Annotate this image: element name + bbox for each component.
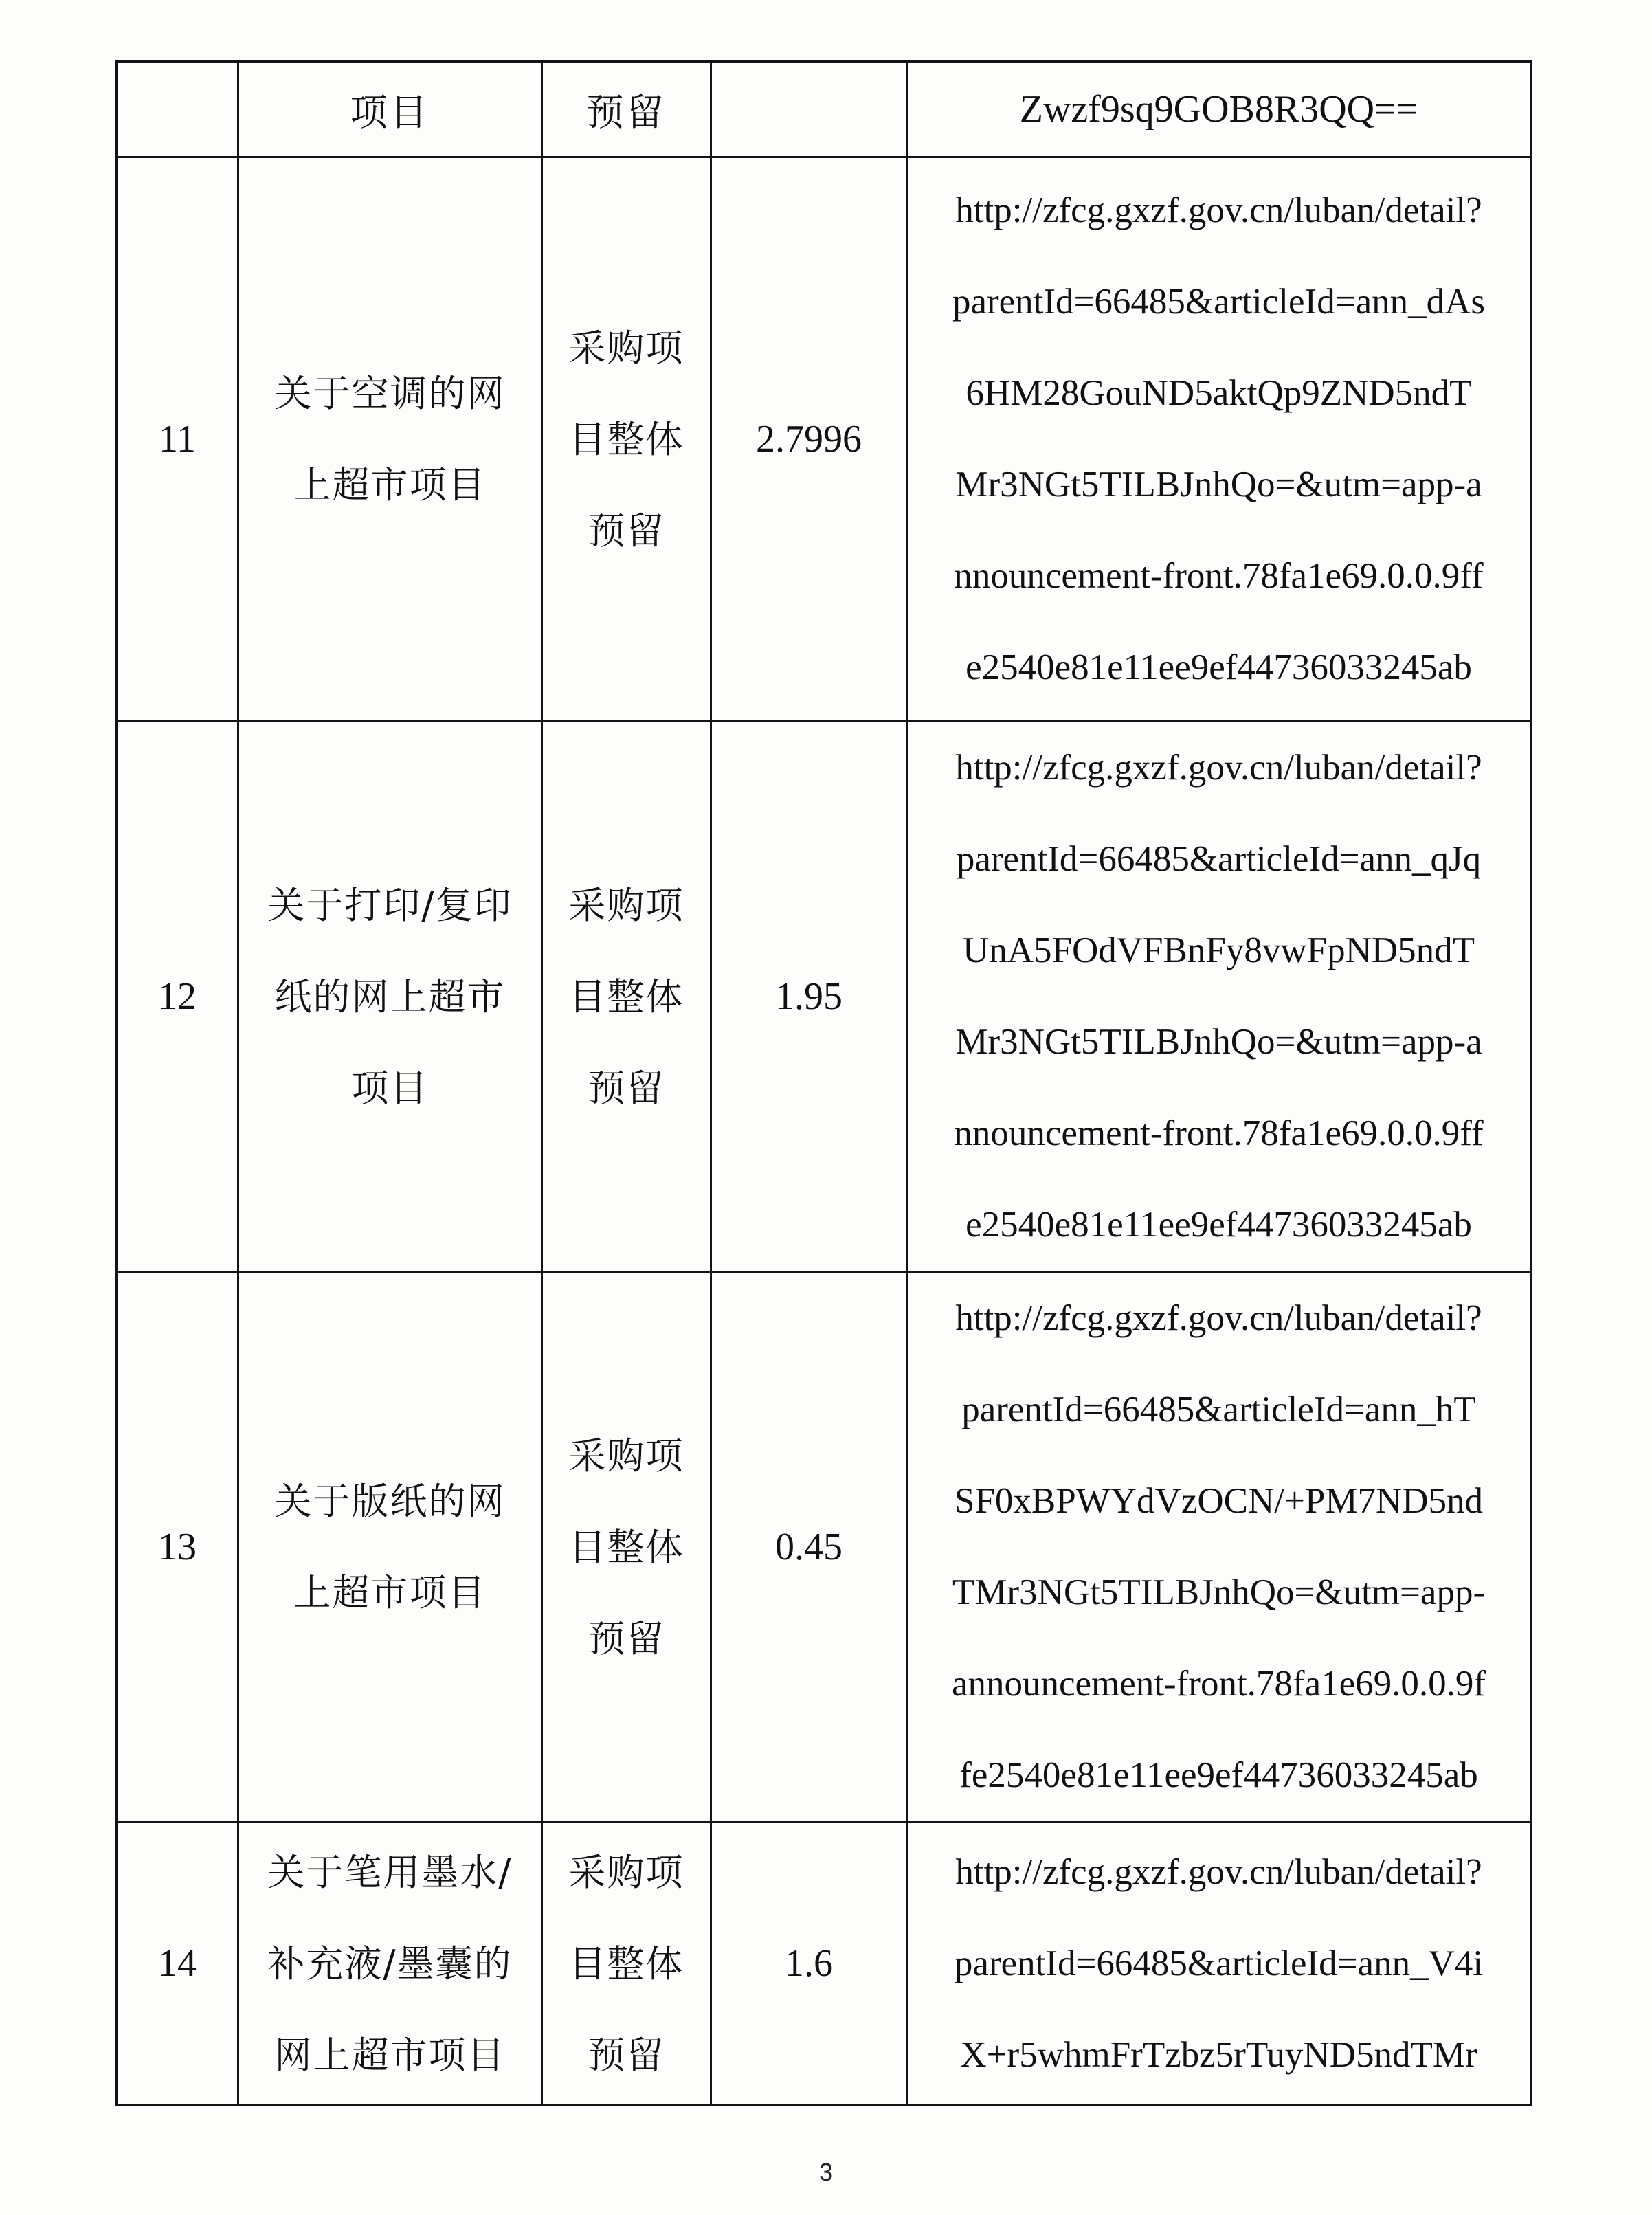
link-cell: http://zfcg.gxzf.gov.cn/luban/detail? pa… <box>907 1823 1531 2105</box>
amount-cell: 1.95 <box>711 722 907 1272</box>
reserved-amount: 1.6 <box>785 1942 833 1985</box>
announcement-link[interactable]: http://zfcg.gxzf.gov.cn/luban/detail? pa… <box>908 722 1530 1271</box>
link-cell: http://zfcg.gxzf.gov.cn/luban/detail? pa… <box>907 1272 1531 1823</box>
header-cell-no <box>117 62 238 157</box>
document-page: 项目 预留 Zwzf9sq9GOB8R3QQ== 11 关于空调的网 上超市项目… <box>0 0 1652 2215</box>
table-row: 11 关于空调的网 上超市项目 采购项 目整体 预留 2.7996 <box>117 157 1531 722</box>
project-name-cell: 关于笔用墨水/ 补充液/墨囊的 网上超市项目 <box>238 1823 542 2105</box>
link-cell: http://zfcg.gxzf.gov.cn/luban/detail? pa… <box>907 722 1531 1272</box>
project-name: 关于版纸的网 上超市项目 <box>239 1456 541 1638</box>
project-name-cell: 关于空调的网 上超市项目 <box>238 157 542 722</box>
reserved-amount: 2.7996 <box>756 418 862 460</box>
reserve-type-cell: 采购项 目整体 预留 <box>542 1823 711 2105</box>
row-number-cell: 13 <box>117 1272 238 1823</box>
header-cell-amount <box>711 62 907 157</box>
reserve-type: 采购项 目整体 预留 <box>543 302 710 577</box>
amount-cell: 0.45 <box>711 1272 907 1823</box>
link-cell: http://zfcg.gxzf.gov.cn/luban/detail? pa… <box>907 157 1531 722</box>
row-number-cell: 12 <box>117 722 238 1272</box>
table-row: 13 关于版纸的网 上超市项目 采购项 目整体 预留 0.45 <box>117 1272 1531 1823</box>
row-number-cell: 11 <box>117 157 238 722</box>
header-cell-project: 项目 <box>238 62 542 157</box>
amount-cell: 2.7996 <box>711 157 907 722</box>
reserve-type: 采购项 目整体 预留 <box>543 860 710 1134</box>
reserved-amount: 1.95 <box>775 975 842 1018</box>
project-name: 关于笔用墨水/ 补充液/墨囊的 网上超市项目 <box>239 1827 541 2101</box>
project-name-cell: 关于打印/复印 纸的网上超市 项目 <box>238 722 542 1272</box>
announcement-link[interactable]: http://zfcg.gxzf.gov.cn/luban/detail? pa… <box>908 1273 1530 1821</box>
header-cell-reserve: 预留 <box>542 62 711 157</box>
table-header-row: 项目 预留 Zwzf9sq9GOB8R3QQ== <box>117 62 1531 157</box>
row-number: 13 <box>158 1526 197 1568</box>
row-number: 11 <box>159 418 196 460</box>
amount-cell: 1.6 <box>711 1823 907 2105</box>
page-number: 3 <box>0 2158 1652 2187</box>
row-number: 14 <box>158 1942 197 1985</box>
project-name-cell: 关于版纸的网 上超市项目 <box>238 1272 542 1823</box>
announcement-link[interactable]: http://zfcg.gxzf.gov.cn/luban/detail? pa… <box>908 165 1530 713</box>
header-project-label: 项目 <box>350 91 430 134</box>
procurement-reservation-table: 项目 预留 Zwzf9sq9GOB8R3QQ== 11 关于空调的网 上超市项目… <box>115 60 1532 2106</box>
reserve-type: 采购项 目整体 预留 <box>543 1410 710 1684</box>
row-number: 12 <box>158 975 197 1018</box>
table-row: 12 关于打印/复印 纸的网上超市 项目 采购项 目整体 预留 1.95 <box>117 722 1531 1272</box>
announcement-link[interactable]: http://zfcg.gxzf.gov.cn/luban/detail? pa… <box>908 1827 1530 2101</box>
reserved-amount: 0.45 <box>775 1526 842 1568</box>
row-number-cell: 14 <box>117 1823 238 2105</box>
reserve-type: 采购项 目整体 预留 <box>543 1827 710 2101</box>
reserve-type-cell: 采购项 目整体 预留 <box>542 1272 711 1823</box>
header-reserve-label: 预留 <box>587 91 667 134</box>
header-cell-link-tail: Zwzf9sq9GOB8R3QQ== <box>907 62 1531 157</box>
project-name: 关于打印/复印 纸的网上超市 项目 <box>239 860 541 1134</box>
reserve-type-cell: 采购项 目整体 预留 <box>542 722 711 1272</box>
project-name: 关于空调的网 上超市项目 <box>239 348 541 531</box>
link-tail-text: Zwzf9sq9GOB8R3QQ== <box>1020 88 1418 131</box>
table-row: 14 关于笔用墨水/ 补充液/墨囊的 网上超市项目 采购项 目整体 预留 1.6 <box>117 1823 1531 2105</box>
reserve-type-cell: 采购项 目整体 预留 <box>542 157 711 722</box>
